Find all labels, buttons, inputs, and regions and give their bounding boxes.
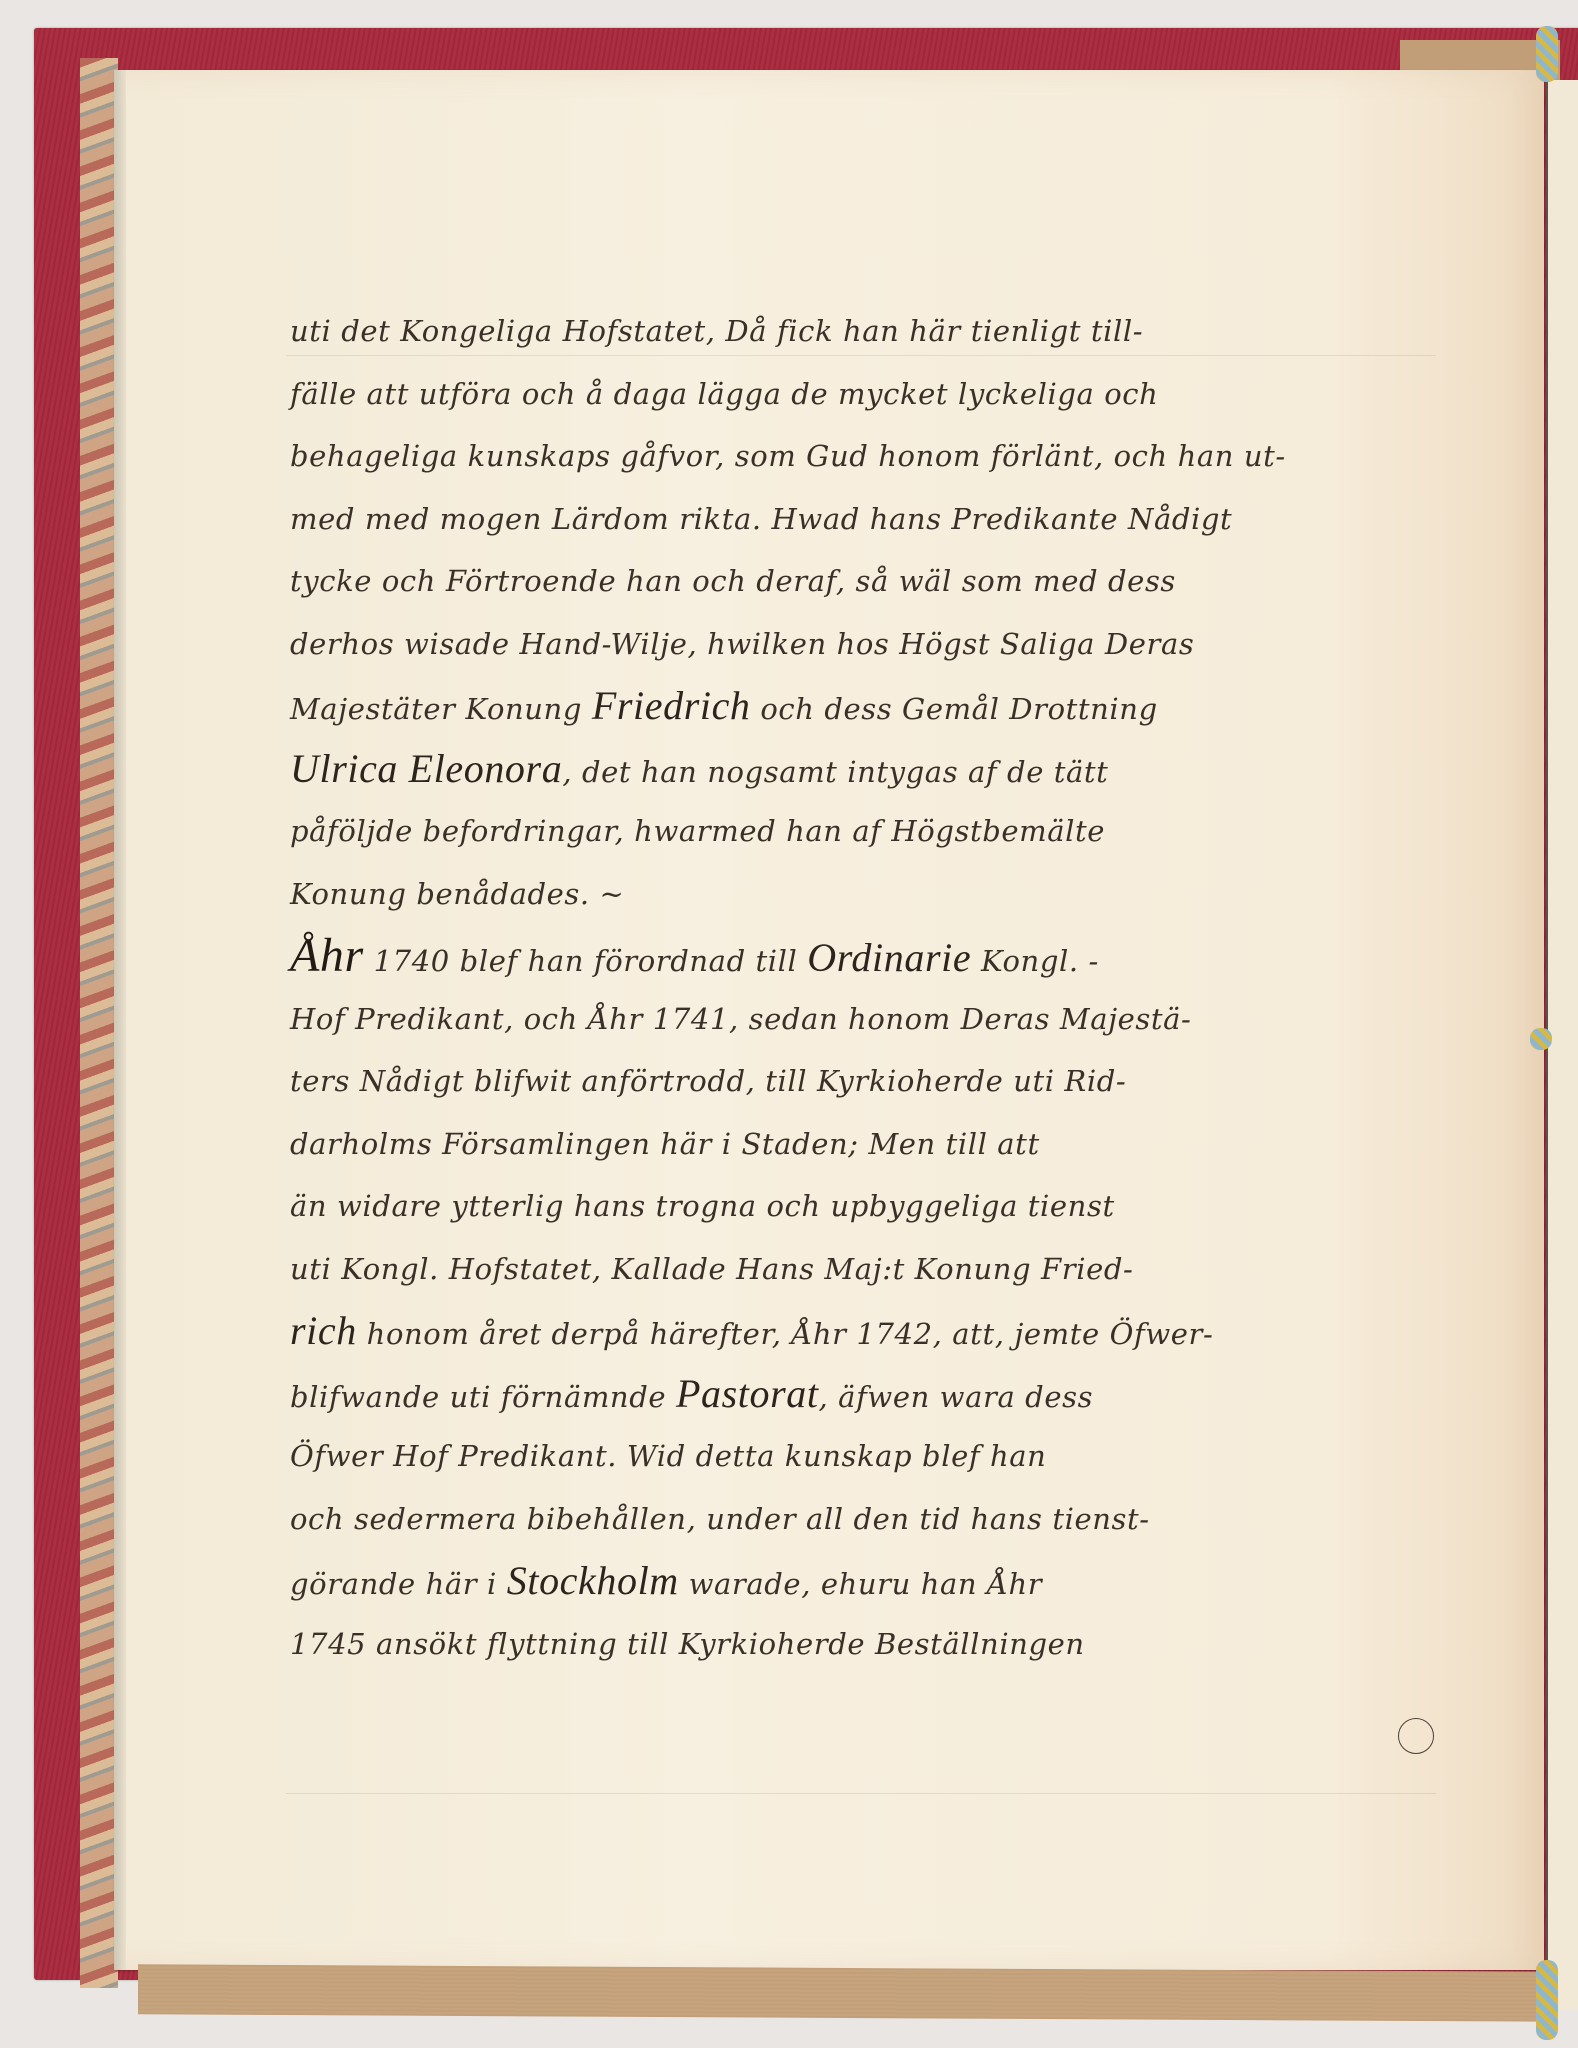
text-line: 1745 ansökt flyttning till Kyrkioherde B… (290, 1613, 1450, 1676)
text-line: Öfwer Hof Predikant. Wid detta kunskap b… (290, 1425, 1450, 1488)
text-line: fälle att utföra och å daga lägga de myc… (290, 363, 1450, 426)
text-line: darholms Församlingen här i Staden; Men … (290, 1113, 1450, 1176)
ruled-line (286, 1793, 1436, 1794)
manuscript-text: uti det Kongeliga Hofstatet, Då fick han… (290, 300, 1450, 1675)
text-line: Majestäter Konung Friedrich och dess Gem… (290, 675, 1450, 738)
latin-term: Ordinarie (807, 935, 971, 980)
text-line: behageliga kunskaps gåfvor, som Gud hono… (290, 425, 1450, 488)
latin-place: Stockholm (507, 1558, 679, 1603)
text-line: blifwande uti förnämnde Pastorat, äfwen … (290, 1363, 1450, 1426)
latin-name: Ulrica Eleonora (290, 746, 562, 791)
marbled-endpaper (80, 58, 118, 1988)
text-line: Åhr 1740 blef han förordnad till Ordinar… (290, 925, 1450, 988)
text-line: derhos wisade Hand-Wilje, hwilken hos Hö… (290, 613, 1450, 676)
text-line: Ulrica Eleonora, det han nogsamt intygas… (290, 738, 1450, 801)
text-line: än widare ytterlig hans trogna och upbyg… (290, 1175, 1450, 1238)
pastedown-paper-bottom (138, 1964, 1558, 2021)
text-line: ters Nådigt blifwit anförtrodd, till Kyr… (290, 1050, 1450, 1113)
text-line: görande här i Stockholm warade, ehuru ha… (290, 1550, 1450, 1613)
text-line: och sedermera bibehållen, under all den … (290, 1488, 1450, 1551)
text-line: med med mogen Lärdom rikta. Hwad hans Pr… (290, 488, 1450, 551)
binding-cord-top (1536, 26, 1558, 82)
text-line: Hof Predikant, och Åhr 1741, sedan honom… (290, 988, 1450, 1051)
decorated-initial: Åhr (290, 929, 364, 982)
facing-page-edge (1546, 80, 1578, 2010)
catchword-flourish-icon (1398, 1718, 1434, 1754)
binding-cord-bottom (1536, 1960, 1558, 2040)
text-line: påföljde befordringar, hwarmed han af Hö… (290, 800, 1450, 863)
binding-cord-middle (1530, 1028, 1552, 1050)
text-line: rich honom året derpå härefter, Åhr 1742… (290, 1300, 1450, 1363)
page-gutter-edge (114, 70, 126, 1970)
latin-name: Friedrich (592, 683, 751, 728)
text-line: uti Kongl. Hofstatet, Kallade Hans Maj:t… (290, 1238, 1450, 1301)
latin-term: Pastorat (676, 1371, 819, 1416)
text-line: uti det Kongeliga Hofstatet, Då fick han… (290, 300, 1450, 363)
text-line: Konung benådades. ~ (290, 863, 1450, 926)
latin-name: rich (290, 1308, 357, 1353)
text-line: tycke och Förtroende han och deraf, så w… (290, 550, 1450, 613)
